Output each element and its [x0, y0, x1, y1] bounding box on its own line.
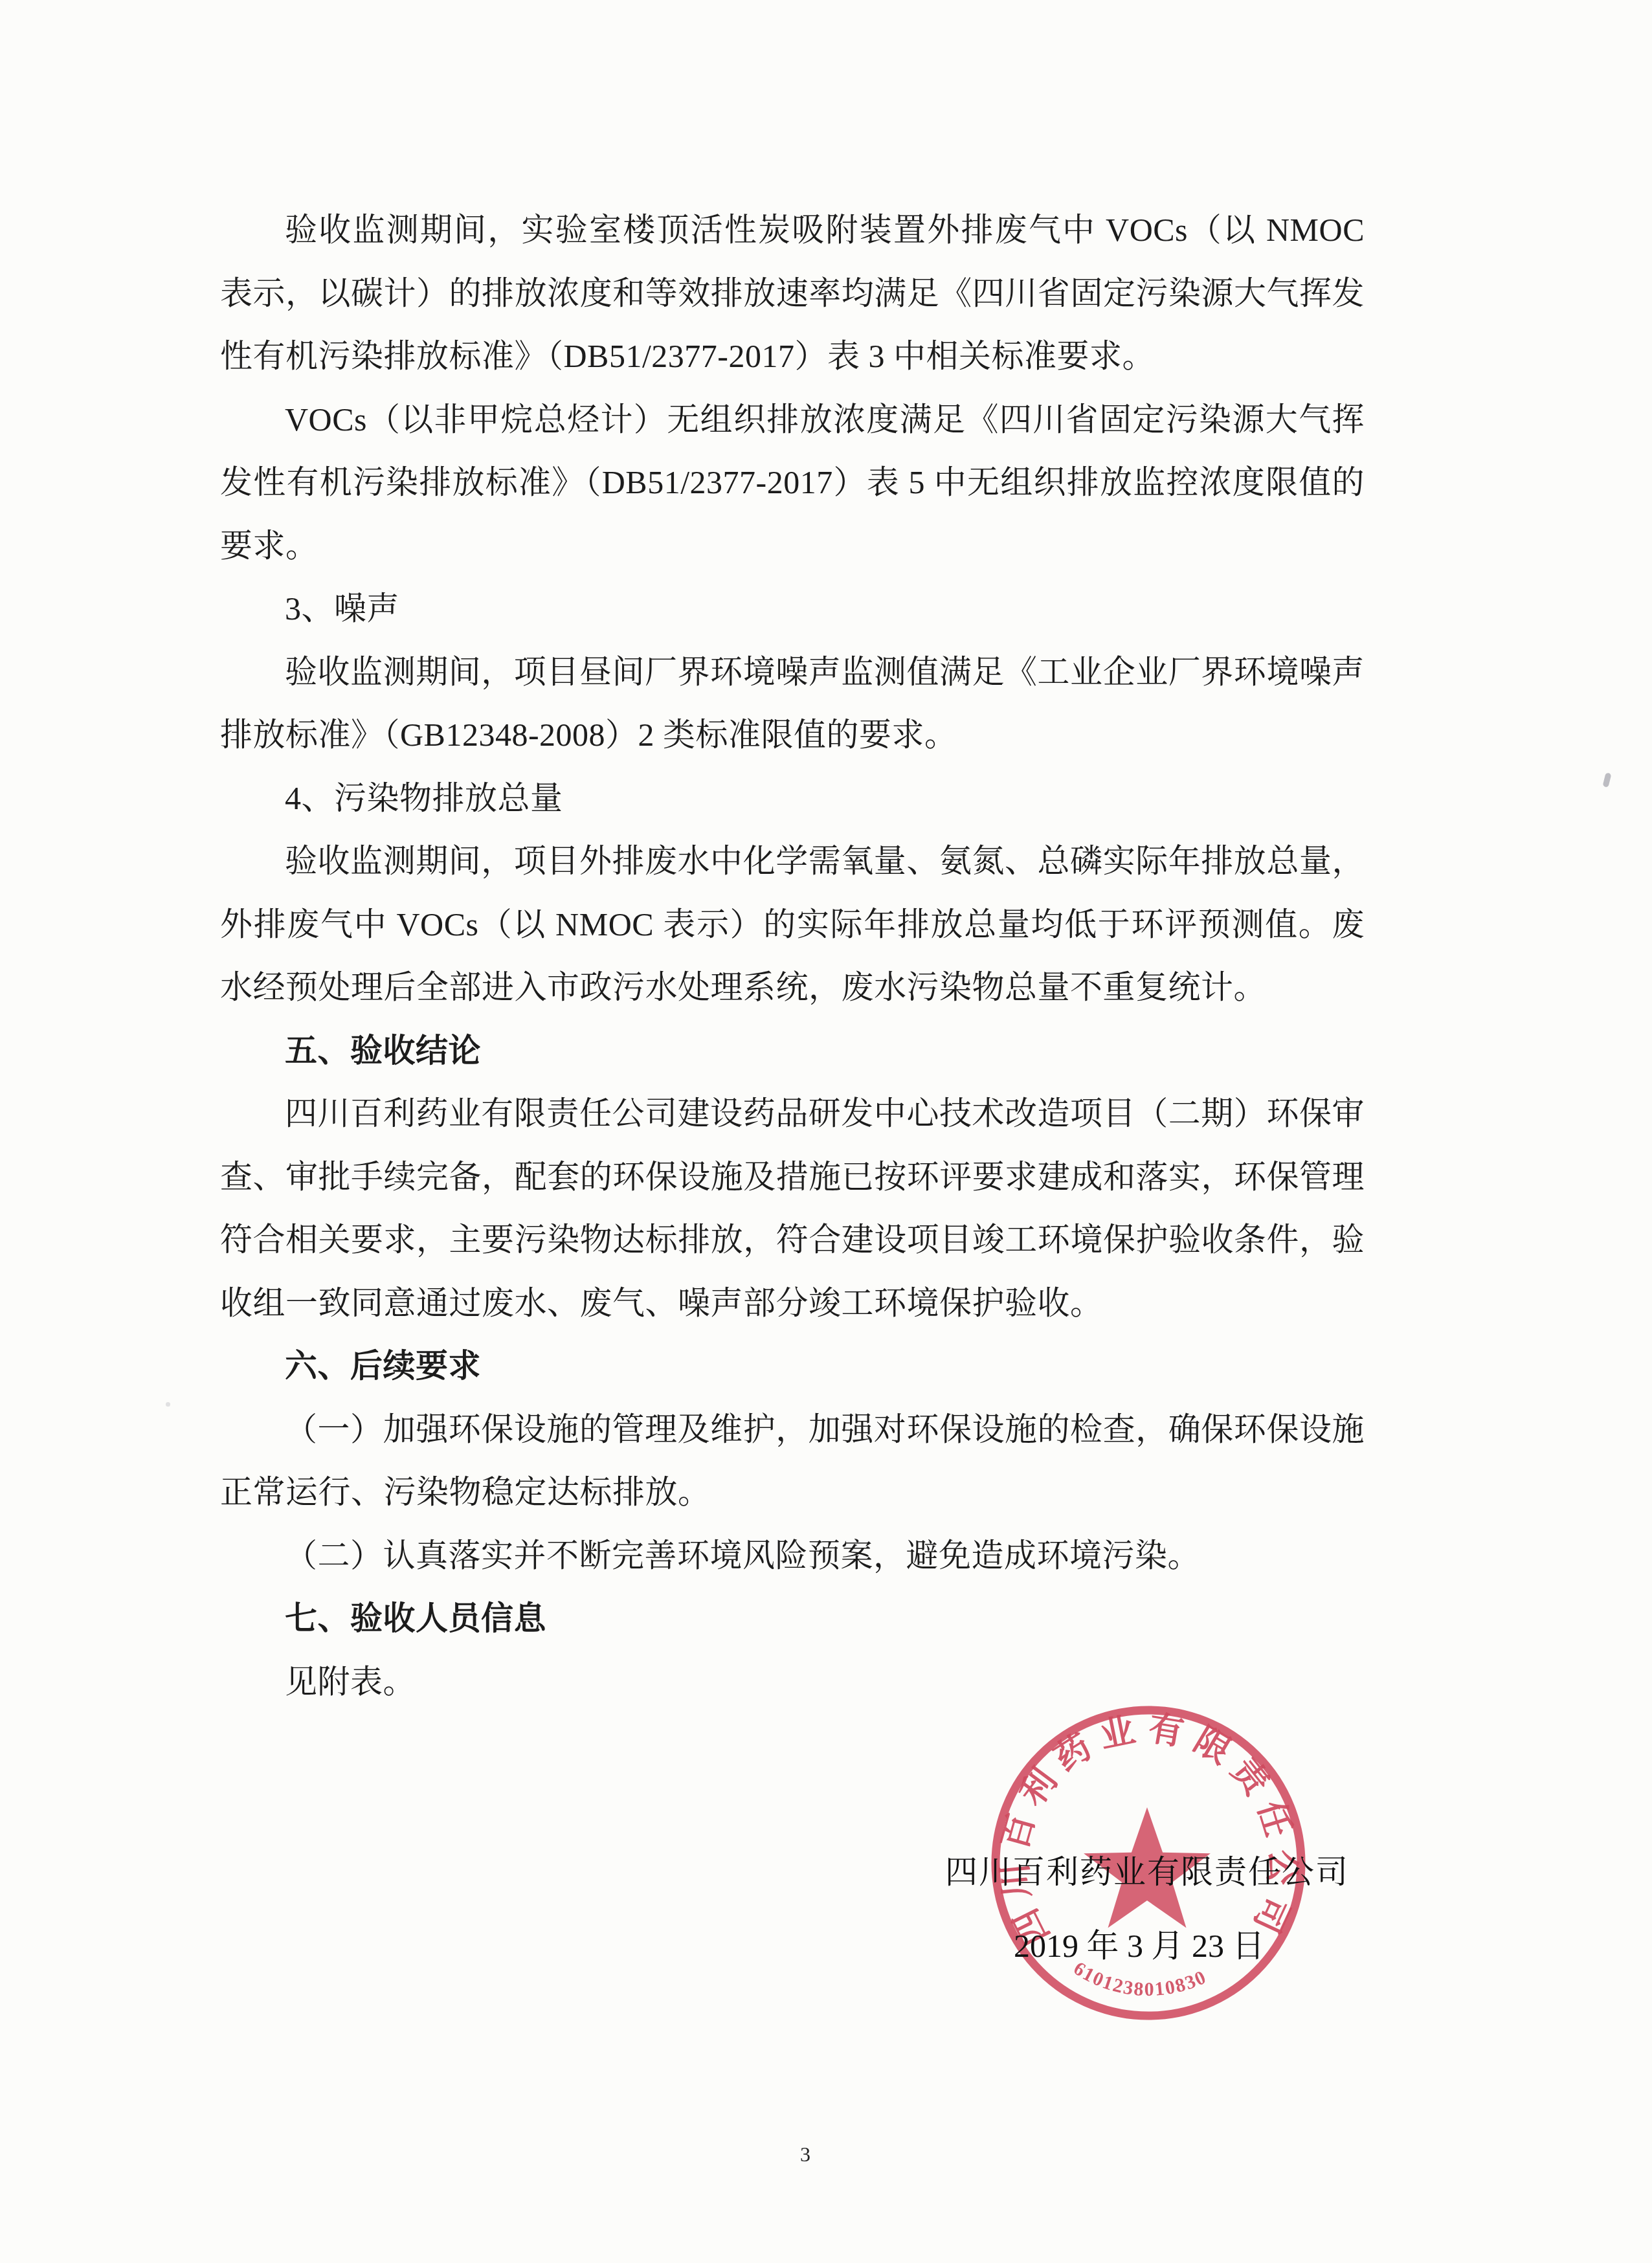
body-line: 外排废气中 VOCs（以 NMOC 表示）的实际年排放总量均低于环评预测值。废	[220, 904, 1365, 945]
body-line: （一）加强环保设施的管理及维护，加强对环保设施的检查，确保环保设施	[220, 1409, 1365, 1450]
body-line: 要求。	[220, 525, 1365, 566]
body-line: 表示，以碳计）的排放浓度和等效排放速率均满足《四川省固定污染源大气挥发	[220, 273, 1365, 314]
body-line: 排放标准》（GB12348-2008）2 类标准限值的要求。	[220, 714, 1365, 755]
section-heading-personnel: 七、验收人员信息	[220, 1598, 1365, 1639]
body-line: 收组一致同意通过废水、废气、噪声部分竣工环境保护验收。	[220, 1282, 1365, 1324]
body-line: 发性有机污染排放标准》（DB51/2377-2017）表 5 中无组织排放监控浓…	[220, 462, 1365, 503]
body-line: VOCs（以非甲烷总烃计）无组织排放浓度满足《四川省固定污染源大气挥	[220, 399, 1365, 440]
scanned-report-page: 验收监测期间，实验室楼顶活性炭吸附装置外排废气中 VOCs（以 NMOC 表示，…	[0, 0, 1652, 2263]
signature-company-name: 四川百利药业有限责任公司	[945, 1853, 1349, 1891]
body-line: 性有机污染排放标准》（DB51/2377-2017）表 3 中相关标准要求。	[220, 335, 1365, 377]
body-line: 验收监测期间，实验室楼顶活性炭吸附装置外排废气中 VOCs（以 NMOC	[220, 209, 1365, 251]
section-heading-noise: 3、噪声	[220, 588, 1365, 629]
signature-date: 2019 年 3 月 23 日	[1014, 1926, 1265, 1965]
section-heading-conclusion: 五、验收结论	[220, 1030, 1365, 1071]
body-line: 查、审批手续完备，配套的环保设施及措施已按环评要求建成和落实，环保管理	[220, 1156, 1365, 1198]
page-number: 3	[786, 2143, 825, 2167]
body-line: 正常运行、污染物稳定达标排放。	[220, 1471, 1365, 1513]
scan-artifact	[1602, 772, 1611, 788]
section-heading-followup: 六、后续要求	[220, 1345, 1365, 1387]
body-line: 验收监测期间，项目外排废水中化学需氧量、氨氮、总磷实际年排放总量，	[220, 840, 1365, 882]
body-line: 水经预处理后全部进入市政污水处理系统，废水污染物总量不重复统计。	[220, 966, 1365, 1008]
section-heading-totals: 4、污染物排放总量	[220, 777, 1365, 819]
body-line: 符合相关要求，主要污染物达标排放，符合建设项目竣工环境保护验收条件，验	[220, 1219, 1365, 1260]
scan-artifact	[166, 1402, 170, 1407]
body-line: 四川百利药业有限责任公司建设药品研发中心技术改造项目（二期）环保审	[220, 1093, 1365, 1134]
body-line: 验收监测期间，项目昼间厂界环境噪声监测值满足《工业企业厂界环境噪声	[220, 651, 1365, 693]
body-line: （二）认真落实并不断完善环境风险预案，避免造成环境污染。	[220, 1535, 1365, 1576]
